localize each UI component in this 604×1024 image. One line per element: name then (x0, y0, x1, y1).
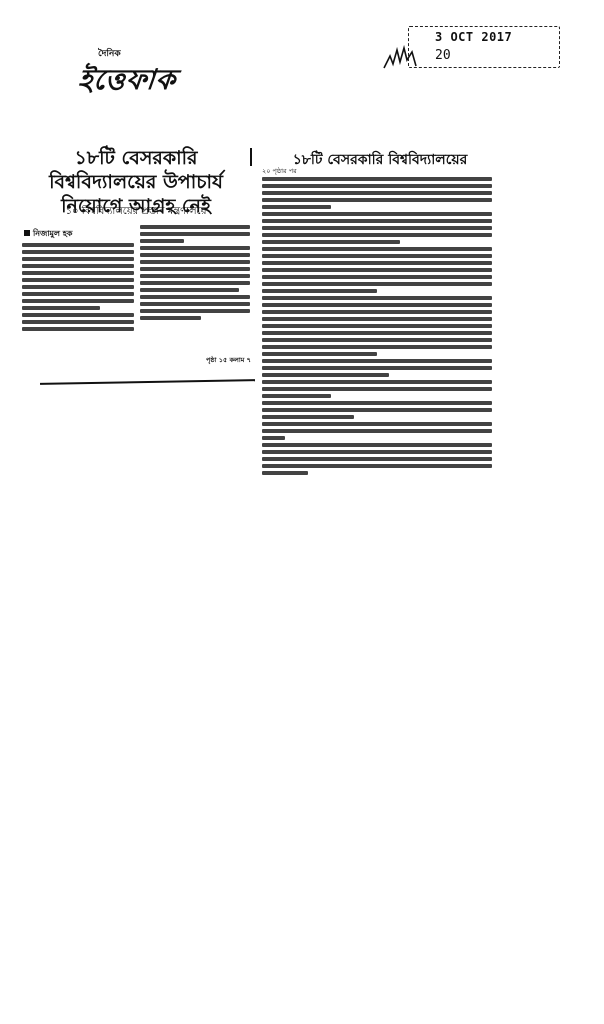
right-article-body (262, 174, 492, 475)
continued-note: পৃষ্ঠা ১৫ কলাম ৭ (206, 355, 251, 366)
stamp-date: 3 OCT 2017 (435, 30, 512, 44)
stamp-page: 20 (435, 48, 451, 63)
byline-name: নিজামুল হক (33, 229, 73, 238)
right-headline: ১৮টি বেসরকারি বিশ্ববিদ্যালয়ের (270, 148, 490, 172)
left-subheadline: ১০ বিশ্ববিদ্যালয়ের প্রস্তাব মন্ত্রণালয়… (22, 204, 250, 221)
bullet-square-icon (24, 230, 30, 236)
left-article-column-1 (22, 240, 134, 331)
bottom-rule (40, 379, 255, 385)
column-divider (250, 148, 252, 166)
date-stamp: 3 OCT 2017 20 (408, 26, 560, 68)
left-article-column-2 (140, 222, 250, 320)
newspaper-masthead: ইত্তেফাক (76, 58, 179, 105)
